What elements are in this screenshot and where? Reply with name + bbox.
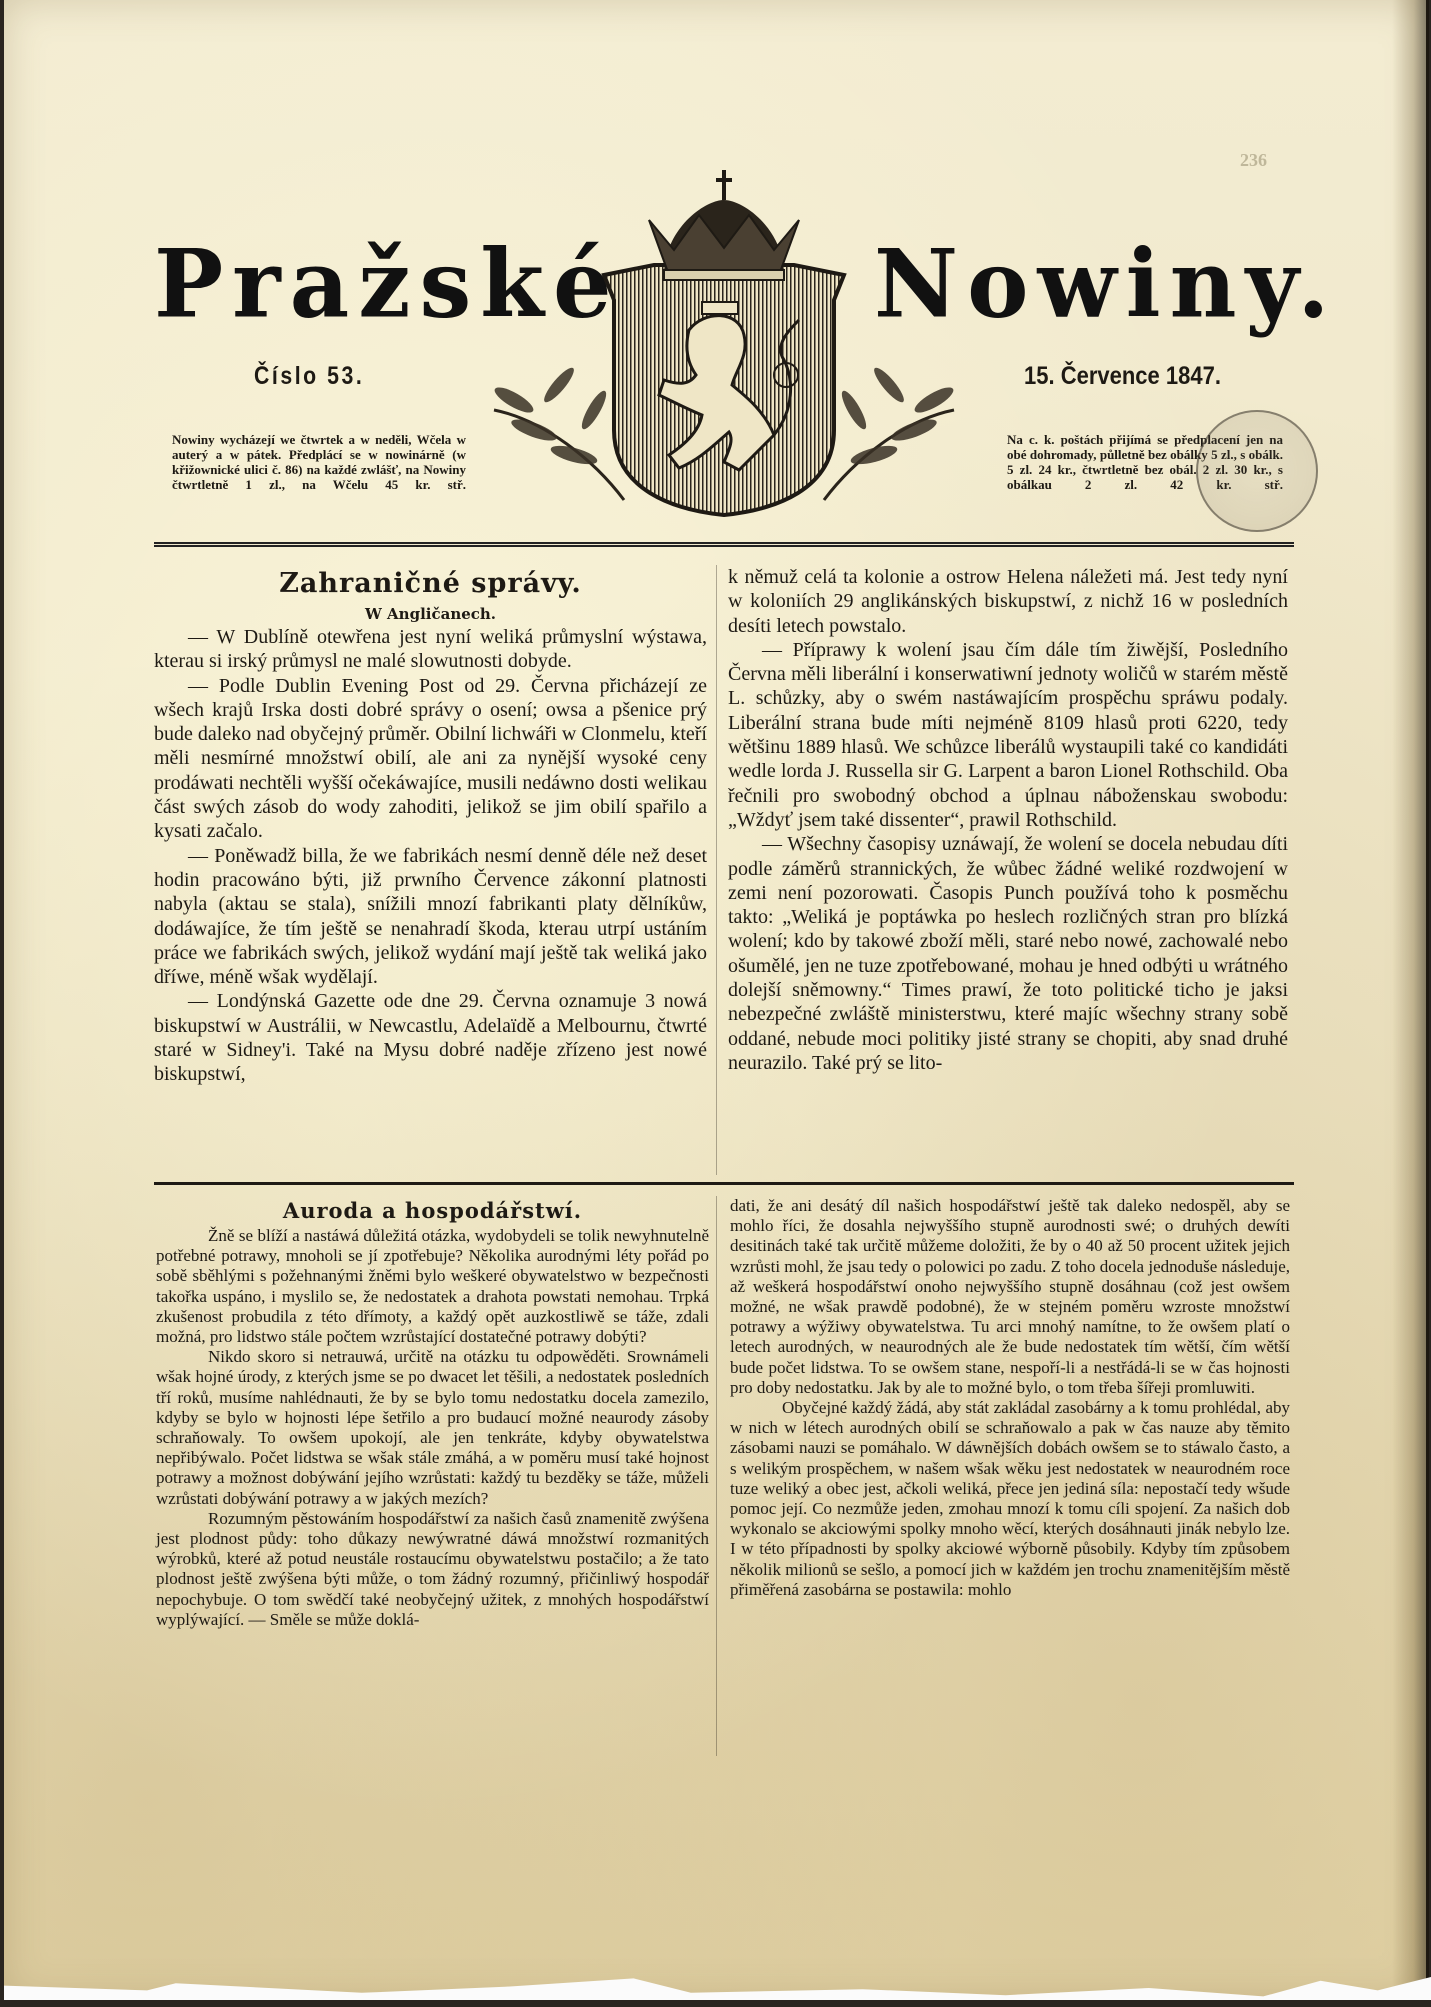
harvest-right-column: dati, že ani desátý díl našich hospodářs… — [730, 1196, 1290, 1600]
harvest-left-column: Auroda a hospodářstwí. Žně se blíží a na… — [156, 1196, 709, 1630]
section-heading-foreign: Zahraničné správy. — [154, 565, 707, 603]
bleed-through-page-number: 236 — [1240, 150, 1267, 171]
column-divider — [716, 1196, 717, 1756]
article-paragraph: — Poněwadž billa, že we fabrikách nesmí … — [154, 844, 707, 990]
article-paragraph: Rozumným pěstowáním hospodářstwí za naši… — [156, 1509, 709, 1630]
article-paragraph: — Příprawy k wolení jsau čím dále tím ži… — [728, 638, 1288, 832]
article-paragraph: Žně se blíží a nastáwá důležitá otázka, … — [156, 1226, 709, 1347]
postal-stamp-icon — [1196, 410, 1318, 532]
issue-number: Číslo 53. — [254, 362, 364, 391]
article-paragraph: dati, že ani desátý díl našich hospodářs… — [730, 1196, 1290, 1398]
subscription-notice-left: Nowiny wycházejí we čtwrtek a w neděli, … — [172, 432, 466, 492]
torn-page-edge — [4, 1976, 1431, 2000]
masthead-rule — [154, 542, 1294, 547]
section-heading-harvest: Auroda a hospodářstwí. — [156, 1196, 709, 1226]
foreign-news-right-column: k němuž celá ta kolonie a ostrow Helena … — [728, 565, 1288, 1075]
newspaper-page: 236 Pražské Nowiny. — [4, 0, 1429, 2000]
article-paragraph: — W Dublíně otewřena jest nyní weliká pr… — [154, 625, 707, 674]
coat-of-arms-icon — [474, 170, 974, 540]
column-divider — [716, 565, 717, 1175]
subheading-england: W Angličanech. — [154, 603, 707, 625]
article-paragraph: k němuž celá ta kolonie a ostrow Helena … — [728, 565, 1288, 638]
article-paragraph: Nikdo skoro si netrauwá, určitě na otázk… — [156, 1347, 709, 1509]
article-paragraph: Obyčejné každý žádá, aby stát zakládal z… — [730, 1398, 1290, 1600]
page-fold-shadow — [1392, 0, 1428, 2000]
foreign-news-left-column: Zahraničné správy. W Angličanech. — W Du… — [154, 565, 707, 1087]
article-paragraph: — Podle Dublin Evening Post od 29. Červn… — [154, 674, 707, 844]
section-rule — [154, 1182, 1294, 1185]
issue-date: 15. Července 1847. — [1024, 362, 1221, 391]
article-paragraph: — Wšechny časopisy uznáwají, že wolení s… — [728, 832, 1288, 1075]
article-paragraph: — Londýnská Gazette ode dne 29. Června o… — [154, 989, 707, 1086]
